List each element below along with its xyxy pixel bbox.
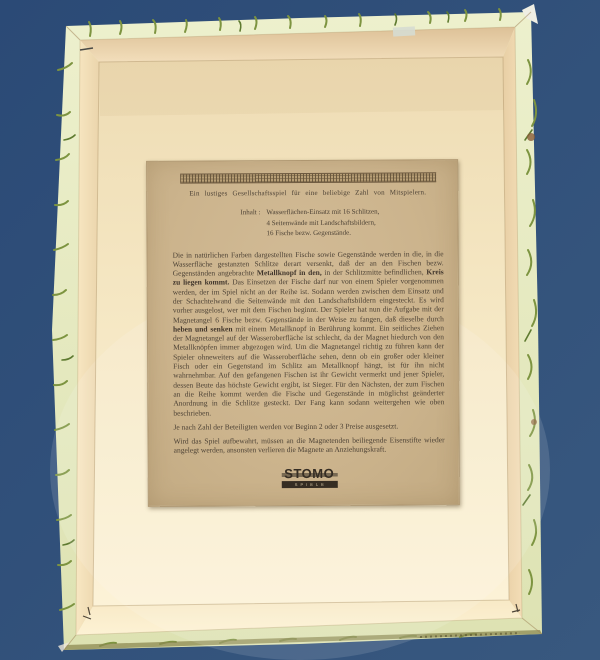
stomo-logo: STOMO SPIELE xyxy=(281,468,337,488)
storage-paragraph: Wird das Spiel aufbewahrt, müssen an die… xyxy=(174,435,445,455)
stomo-logo-subtitle: SPIELE xyxy=(281,481,337,488)
instruction-sheet: Ein lustiges Gesellschaftsspiel für eine… xyxy=(146,159,460,507)
contents-label: Inhalt : xyxy=(240,207,260,239)
rules-text: mit einem Metallknopf in Berührung kommt… xyxy=(173,323,444,417)
stomo-logo-brand: STOMO xyxy=(281,468,337,480)
tape-repair xyxy=(393,26,415,36)
ornament-band xyxy=(180,172,436,183)
contents-item: 4 Seitenwände mit Landschaftsbildern, xyxy=(266,217,379,228)
contents-list: Inhalt : Wasserflächen-Einsatz mit 16 Sc… xyxy=(240,206,443,239)
rules-text-bold: Metallknopf in den, xyxy=(257,268,322,277)
pattern-brown-detail xyxy=(527,133,535,141)
rules-text-bold: heben und senken xyxy=(173,324,233,333)
prizes-paragraph: Je nach Zahl der Beteiligten werden vor … xyxy=(173,421,444,432)
photo-open-game-box: Ein lustiges Gesellschaftsspiel für eine… xyxy=(0,0,600,660)
contents-items: Wasserflächen-Einsatz mit 16 Schlitzen, … xyxy=(266,207,379,239)
rules-text: in der Schlitzmitte befindlichen, xyxy=(322,267,427,277)
sheet-heading: Ein lustiges Gesellschaftsspiel für eine… xyxy=(172,188,443,197)
rules-paragraph: Die in natürlichen Farben dargestellten … xyxy=(173,249,445,418)
contents-item: 16 Fische bezw. Gegenstände. xyxy=(266,228,379,239)
contents-item: Wasserflächen-Einsatz mit 16 Schlitzen, xyxy=(266,207,379,218)
